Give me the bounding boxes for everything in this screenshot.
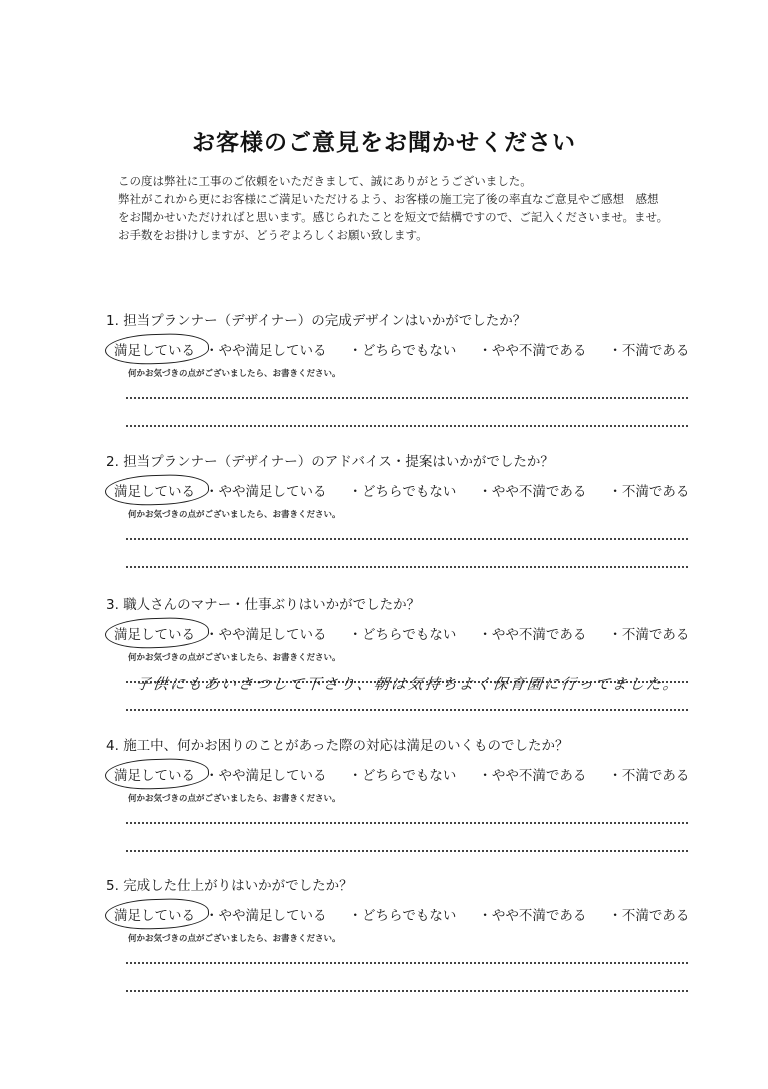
comment-line — [126, 566, 688, 568]
option-neutral[interactable]: ・どちらでもない — [349, 339, 457, 359]
question-text: 5. 完成した仕上がりはいかがでしたか？ — [106, 875, 706, 897]
option-somewhat-dissatisfied[interactable]: ・やや不満である — [478, 764, 586, 784]
option-neutral[interactable]: ・どちらでもない — [349, 480, 457, 500]
option-dissatisfied[interactable]: ・不満である — [608, 764, 689, 784]
question-2: 2. 担当プランナー（デザイナー）のアドバイス・提案はいかがでしたか？ 満足して… — [106, 451, 706, 568]
option-dissatisfied[interactable]: ・不満である — [608, 904, 689, 924]
comment-line — [126, 850, 688, 852]
option-somewhat-satisfied[interactable]: ・やや満足している — [205, 623, 327, 643]
question-number: 4. — [106, 738, 119, 754]
rating-options: 満足している ・やや満足している ・どちらでもない ・やや不満である ・不満であ… — [106, 477, 706, 503]
question-number: 2. — [106, 454, 119, 470]
question-text: 3. 職人さんのマナー・仕事ぶりはいかがでしたか？ — [106, 594, 706, 616]
option-somewhat-satisfied[interactable]: ・やや満足している — [205, 764, 327, 784]
comment-hint: 何かお気づきの点がございましたら、お書きください。 — [128, 932, 706, 944]
comment-line — [126, 962, 688, 964]
option-satisfied[interactable]: 満足している — [114, 904, 195, 924]
option-satisfied[interactable]: 満足している — [114, 480, 195, 500]
comment-line — [126, 425, 688, 427]
intro-line: をお聞かせいただければと思います。感じられたことを短文で結構ですので、ご記入くだ… — [118, 208, 758, 226]
intro-line: 弊社がこれから更にお客様にご満足いただけるよう、お客様の施工完了後の率直なご意見… — [118, 190, 758, 208]
question-5: 5. 完成した仕上がりはいかがでしたか？ 満足している ・やや満足している ・ど… — [106, 875, 706, 992]
option-satisfied[interactable]: 満足している — [114, 764, 195, 784]
handwritten-comment: 子供にもあいさつして下さり、朝は気持ちよく保育園に行ってました。 — [135, 673, 681, 694]
question-4: 4. 施工中、何かお困りのことがあった際の対応は満足のいくものでしたか？ 満足し… — [106, 735, 706, 852]
comment-field[interactable] — [126, 962, 688, 992]
option-somewhat-dissatisfied[interactable]: ・やや不満である — [478, 480, 586, 500]
option-neutral[interactable]: ・どちらでもない — [349, 623, 457, 643]
option-satisfied[interactable]: 満足している — [114, 339, 195, 359]
comment-line — [126, 822, 688, 824]
survey-title: お客様のご意見をお聞かせください — [0, 124, 768, 157]
option-neutral[interactable]: ・どちらでもない — [349, 764, 457, 784]
question-label: 担当プランナー（デザイナー）の完成デザインはいかがでしたか？ — [123, 313, 526, 329]
option-dissatisfied[interactable]: ・不満である — [608, 623, 689, 643]
intro-line: お手数をお掛けしますが、どうぞよろしくお願い致します。 — [118, 226, 758, 244]
question-number: 5. — [106, 878, 119, 894]
comment-hint: 何かお気づきの点がございましたら、お書きください。 — [128, 651, 706, 663]
question-text: 2. 担当プランナー（デザイナー）のアドバイス・提案はいかがでしたか？ — [106, 451, 706, 473]
question-3: 3. 職人さんのマナー・仕事ぶりはいかがでしたか？ 満足している ・やや満足して… — [106, 594, 706, 711]
comment-field[interactable]: 子供にもあいさつして下さり、朝は気持ちよく保育園に行ってました。 — [126, 681, 688, 711]
option-somewhat-satisfied[interactable]: ・やや満足している — [205, 339, 327, 359]
option-somewhat-satisfied[interactable]: ・やや満足している — [205, 480, 327, 500]
question-text: 4. 施工中、何かお困りのことがあった際の対応は満足のいくものでしたか？ — [106, 735, 706, 757]
question-label: 担当プランナー（デザイナー）のアドバイス・提案はいかがでしたか？ — [123, 454, 554, 470]
rating-options: 満足している ・やや満足している ・どちらでもない ・やや不満である ・不満であ… — [106, 761, 706, 787]
question-label: 職人さんのマナー・仕事ぶりはいかがでしたか？ — [123, 597, 420, 613]
option-somewhat-dissatisfied[interactable]: ・やや不満である — [478, 623, 586, 643]
question-1: 1. 担当プランナー（デザイナー）の完成デザインはいかがでしたか？ 満足している… — [106, 310, 706, 427]
comment-line — [126, 990, 688, 992]
question-label: 完成した仕上がりはいかがでしたか？ — [123, 878, 353, 894]
rating-options: 満足している ・やや満足している ・どちらでもない ・やや不満である ・不満であ… — [106, 336, 706, 362]
option-somewhat-dissatisfied[interactable]: ・やや不満である — [478, 339, 586, 359]
question-label: 施工中、何かお困りのことがあった際の対応は満足のいくものでしたか？ — [123, 738, 568, 754]
intro-paragraph: この度は弊社に工事のご依頼をいただきまして、誠にありがとうございました。 弊社が… — [118, 172, 758, 244]
option-dissatisfied[interactable]: ・不満である — [608, 480, 689, 500]
comment-field[interactable] — [126, 397, 688, 427]
comment-field[interactable] — [126, 538, 688, 568]
question-number: 1. — [106, 313, 119, 329]
question-number: 3. — [106, 597, 119, 613]
option-satisfied[interactable]: 満足している — [114, 623, 195, 643]
comment-hint: 何かお気づきの点がございましたら、お書きください。 — [128, 792, 706, 804]
question-text: 1. 担当プランナー（デザイナー）の完成デザインはいかがでしたか？ — [106, 310, 706, 332]
intro-line: この度は弊社に工事のご依頼をいただきまして、誠にありがとうございました。 — [118, 172, 758, 190]
comment-line — [126, 538, 688, 540]
comment-line — [126, 709, 688, 711]
comment-field[interactable] — [126, 822, 688, 852]
option-somewhat-dissatisfied[interactable]: ・やや不満である — [478, 904, 586, 924]
option-neutral[interactable]: ・どちらでもない — [349, 904, 457, 924]
rating-options: 満足している ・やや満足している ・どちらでもない ・やや不満である ・不満であ… — [106, 901, 706, 927]
comment-line — [126, 397, 688, 399]
comment-hint: 何かお気づきの点がございましたら、お書きください。 — [128, 508, 706, 520]
option-somewhat-satisfied[interactable]: ・やや満足している — [205, 904, 327, 924]
rating-options: 満足している ・やや満足している ・どちらでもない ・やや不満である ・不満であ… — [106, 620, 706, 646]
option-dissatisfied[interactable]: ・不満である — [608, 339, 689, 359]
comment-hint: 何かお気づきの点がございましたら、お書きください。 — [128, 367, 706, 379]
